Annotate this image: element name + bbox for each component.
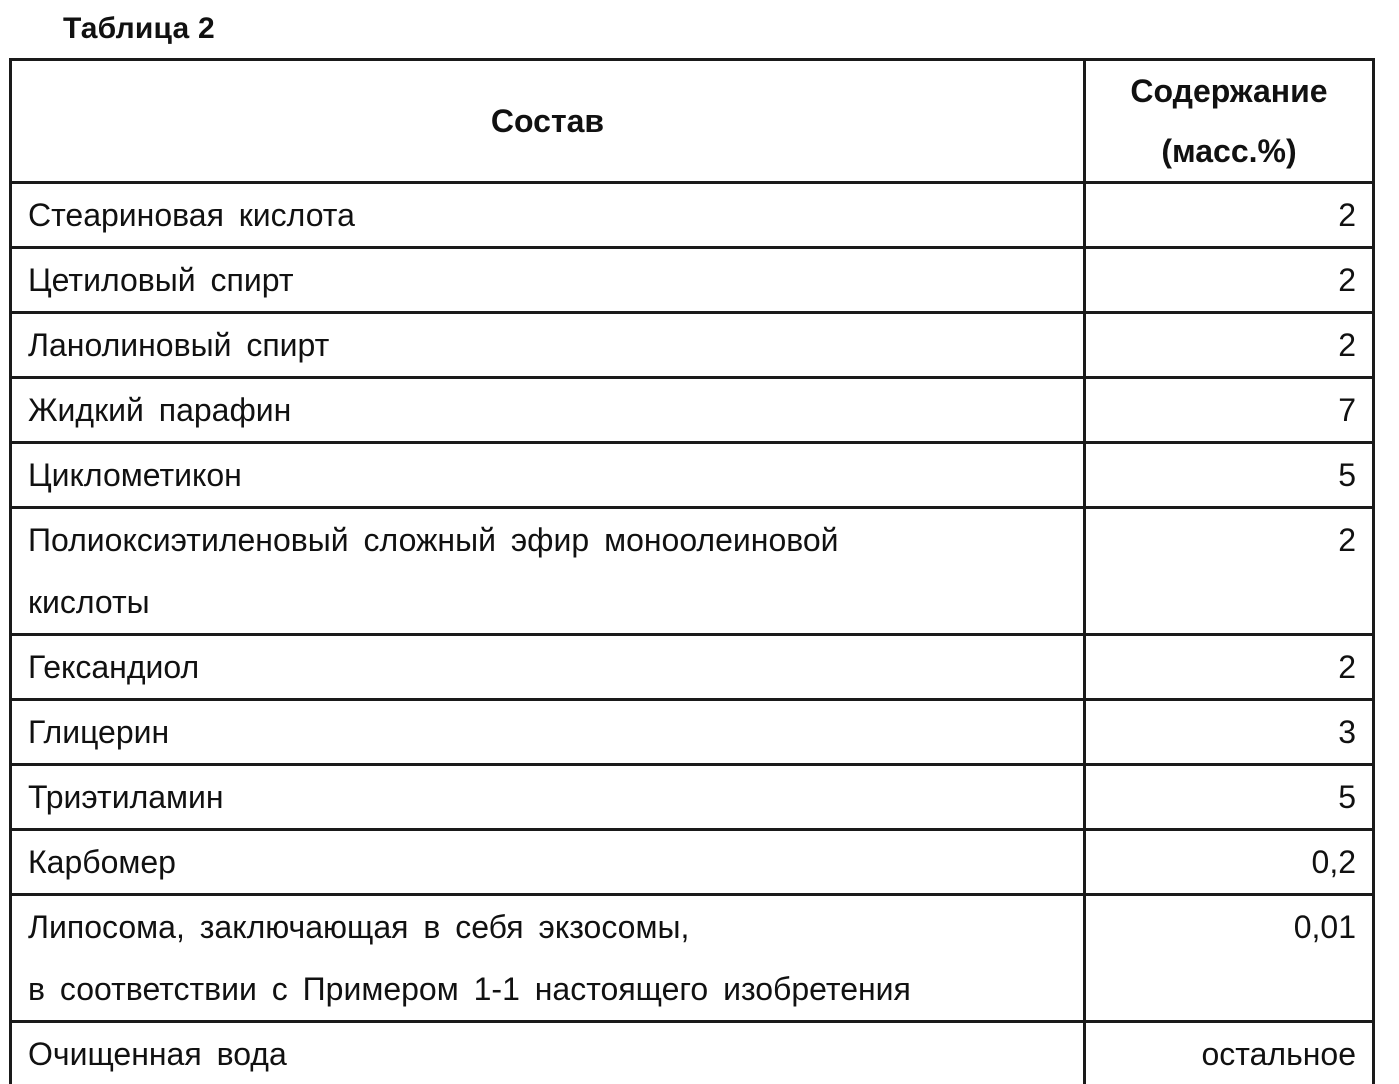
row-name: Циклометикон bbox=[11, 443, 1085, 508]
row-name: Гександиол bbox=[11, 635, 1085, 700]
row-name: Цетиловый спирт bbox=[11, 248, 1085, 313]
row-name: Триэтиламин bbox=[11, 765, 1085, 830]
table-row: Триэтиламин 5 bbox=[11, 765, 1374, 830]
row-name: Полиоксиэтиленовый сложный эфир моноолеи… bbox=[11, 508, 1085, 635]
table-row: Стеариновая кислота 2 bbox=[11, 183, 1374, 248]
row-value: 0,01 bbox=[1085, 895, 1374, 1022]
table-row: Липосома, заключающая в себя экзосомы, в… bbox=[11, 895, 1374, 1022]
row-value: 7 bbox=[1085, 378, 1374, 443]
composition-table: Состав Содержание (масс.%) Стеариновая к… bbox=[9, 58, 1375, 1084]
row-value: 3 bbox=[1085, 700, 1374, 765]
table-header-row: Состав Содержание (масс.%) bbox=[11, 60, 1374, 183]
header-content-line1: Содержание bbox=[1130, 73, 1327, 109]
header-content-line2: (масс.%) bbox=[1161, 133, 1296, 169]
row-name: Очищенная вода bbox=[11, 1022, 1085, 1084]
row-name: Липосома, заключающая в себя экзосомы, в… bbox=[11, 895, 1085, 1022]
row-name: Ланолиновый спирт bbox=[11, 313, 1085, 378]
table-row: Полиоксиэтиленовый сложный эфир моноолеи… bbox=[11, 508, 1374, 635]
row-value: 2 bbox=[1085, 248, 1374, 313]
row-name-line1: Липосома, заключающая в себя экзосомы, bbox=[28, 909, 689, 945]
header-composition: Состав bbox=[11, 60, 1085, 183]
row-value: 2 bbox=[1085, 635, 1374, 700]
row-value: 2 bbox=[1085, 508, 1374, 635]
row-name: Стеариновая кислота bbox=[11, 183, 1085, 248]
table-row: Карбомер 0,2 bbox=[11, 830, 1374, 895]
row-value: 5 bbox=[1085, 765, 1374, 830]
row-name: Жидкий парафин bbox=[11, 378, 1085, 443]
header-content: Содержание (масс.%) bbox=[1085, 60, 1374, 183]
table-row: Глицерин 3 bbox=[11, 700, 1374, 765]
row-value: 2 bbox=[1085, 313, 1374, 378]
row-name-line2: кислоты bbox=[28, 584, 150, 620]
row-name: Карбомер bbox=[11, 830, 1085, 895]
table-caption: Таблица 2 bbox=[63, 12, 215, 46]
row-name-line1: Полиоксиэтиленовый сложный эфир моноолеи… bbox=[28, 522, 839, 558]
row-name: Глицерин bbox=[11, 700, 1085, 765]
row-value: 2 bbox=[1085, 183, 1374, 248]
table-row: Очищенная вода остальное bbox=[11, 1022, 1374, 1084]
table-row: Ланолиновый спирт 2 bbox=[11, 313, 1374, 378]
row-value: остальное bbox=[1085, 1022, 1374, 1084]
table-row: Цетиловый спирт 2 bbox=[11, 248, 1374, 313]
row-name-line2: в соответствии с Примером 1-1 настоящего… bbox=[28, 971, 911, 1007]
table-row: Гександиол 2 bbox=[11, 635, 1374, 700]
row-value: 5 bbox=[1085, 443, 1374, 508]
row-value: 0,2 bbox=[1085, 830, 1374, 895]
table-row: Жидкий парафин 7 bbox=[11, 378, 1374, 443]
table-row: Циклометикон 5 bbox=[11, 443, 1374, 508]
